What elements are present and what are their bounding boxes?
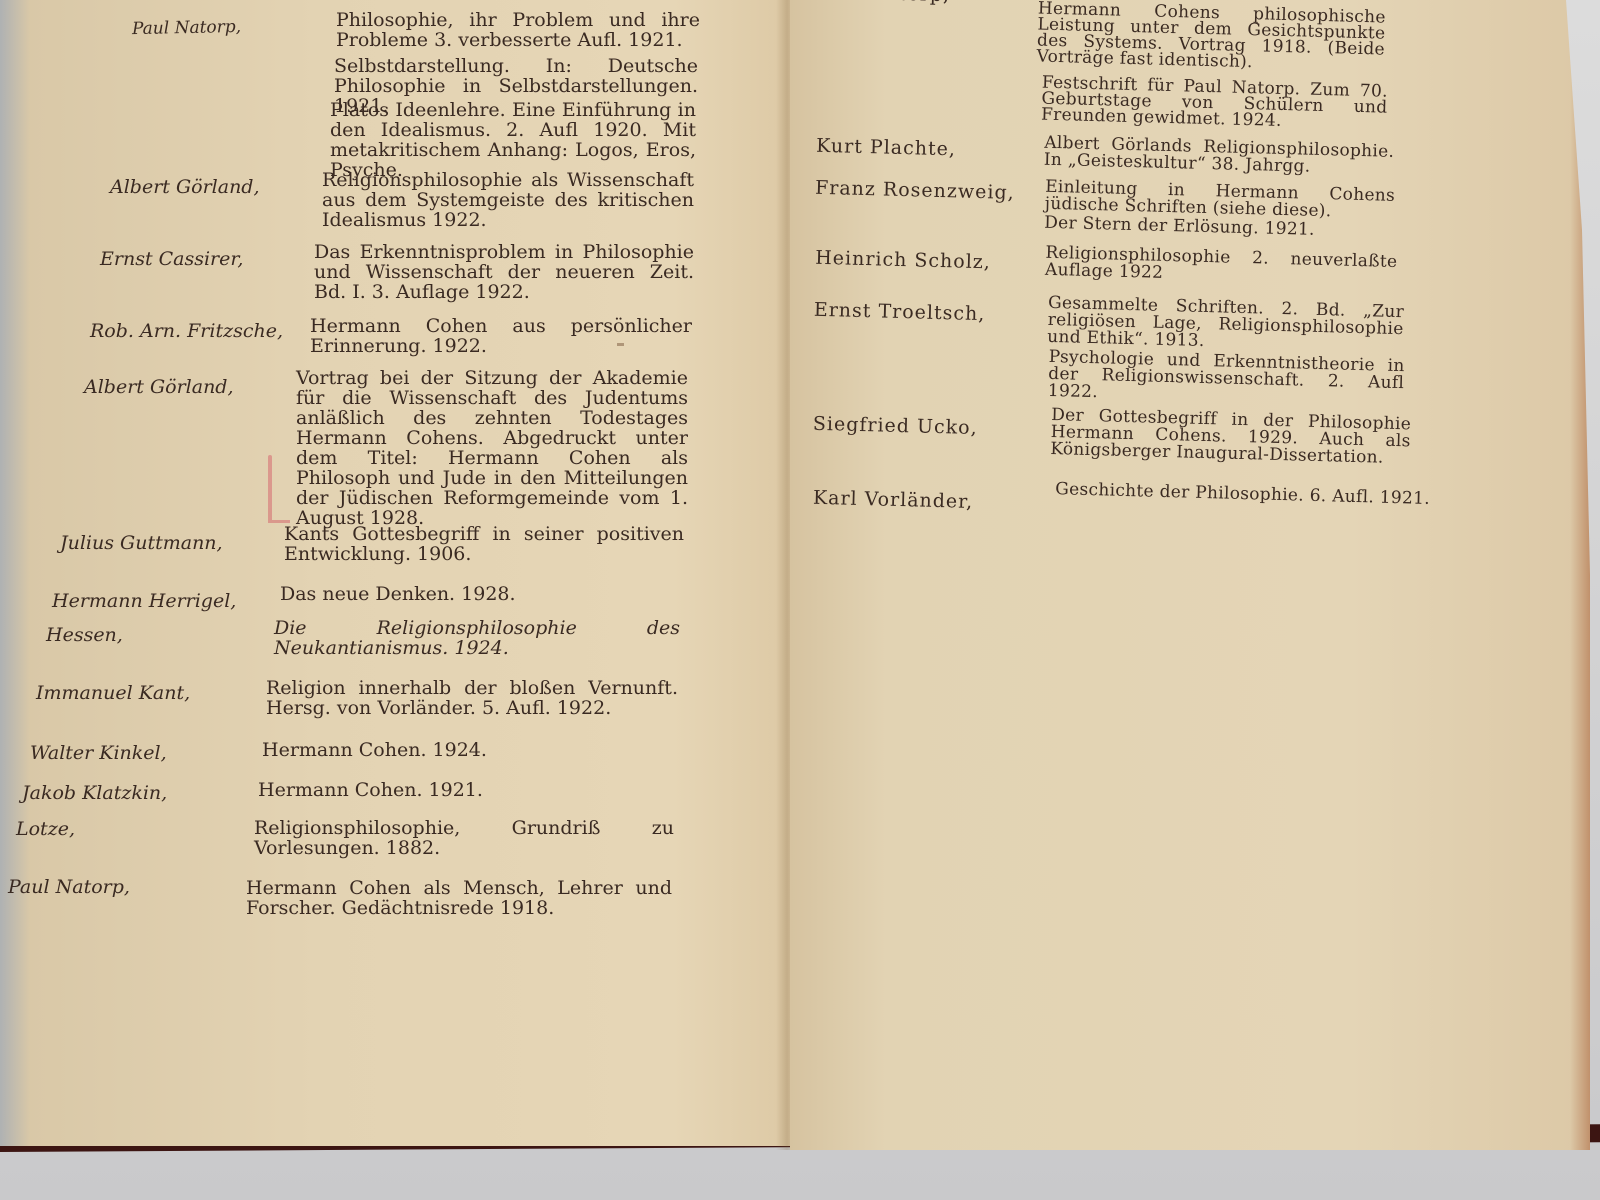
- work: Hermann Cohen. 1921.: [258, 780, 674, 800]
- work: Religionsphilosophie 2. neuverlaßte Aufl…: [1045, 245, 1398, 288]
- author: Ernst Cassirer,: [100, 248, 243, 270]
- work: Religionsphilosophie als Wissenschaft au…: [322, 170, 694, 230]
- pencil-annotation-mark: [268, 455, 272, 523]
- author: Kurt Plachte,: [816, 135, 956, 161]
- work: Platos Ideenlehre. Eine Einführung in de…: [330, 100, 696, 180]
- author: Albert Görland,: [84, 376, 234, 398]
- author: Immanuel Kant,: [36, 682, 190, 704]
- work: Philosophie, ihr Problem und ihre Proble…: [336, 10, 700, 50]
- author: Paul Natorp,: [8, 876, 130, 898]
- work: Albert Görlands Religionsphilosophie. In…: [1044, 135, 1395, 178]
- work: Religion innerhalb der bloßen Vernunft. …: [266, 678, 678, 718]
- work: Festschrift für Paul Natorp. Zum 70. Geb…: [1041, 75, 1388, 132]
- author: Rob. Arn. Fritzsche,: [90, 320, 283, 342]
- author: Paul Natorp,: [132, 17, 241, 39]
- work: Hermann Cohen als Mensch, Lehrer und For…: [246, 878, 672, 918]
- work: Hermann Cohen. 1924.: [262, 740, 674, 760]
- author: Lotze,: [16, 818, 75, 840]
- right-page: Paul Natorp, Hermann Cohens philosophisc…: [790, 0, 1590, 1150]
- work: Psychologie und Erkenntnistheorie in der…: [1048, 349, 1405, 409]
- author: Heinrich Scholz,: [815, 247, 991, 274]
- author: Paul Natorp,: [816, 0, 950, 6]
- author: Albert Görland,: [110, 176, 260, 198]
- work: Hermann Cohen aus persönlicher Erinnerun…: [310, 316, 692, 356]
- work: Religionsphilosophie, Grundriß zu Vorles…: [254, 818, 674, 858]
- author: Ernst Troeltsch,: [814, 299, 986, 325]
- work: Geschichte der Philosophie. 6. Aufl. 192…: [1055, 481, 1435, 508]
- left-page: Paul Natorp, Philosophie, ihr Problem un…: [0, 0, 790, 1146]
- work: Der Gottesbegriff in der Philosophie Her…: [1050, 407, 1411, 467]
- author: Siegfried Ucko,: [813, 413, 978, 439]
- work: Das Erkenntnisproblem in Philosophie und…: [314, 242, 694, 302]
- work: Gesammelte Schriften. 2. Bd. „Zur religi…: [1047, 295, 1404, 355]
- work: Hermann Cohens philosophische Leistung u…: [1036, 0, 1386, 73]
- author: Hessen,: [46, 624, 123, 646]
- author: Walter Kinkel,: [30, 742, 167, 764]
- work: Kants Gottesbegriff in seiner positiven …: [284, 524, 684, 564]
- author: Jakob Klatzkin,: [22, 782, 167, 804]
- work: Das neue Denken. 1928.: [280, 584, 680, 604]
- author: Hermann Herrigel,: [52, 590, 236, 612]
- author: Karl Vorländer,: [813, 487, 974, 513]
- paper-speck: [617, 343, 624, 346]
- author: Julius Guttmann,: [60, 532, 223, 554]
- work: Die Religionsphilosophie des Neukantiani…: [274, 618, 680, 658]
- work: Vortrag bei der Sitzung der Akademie für…: [296, 368, 688, 528]
- author: Franz Rosenzweig,: [815, 177, 1015, 204]
- page-shadow: [0, 0, 30, 1146]
